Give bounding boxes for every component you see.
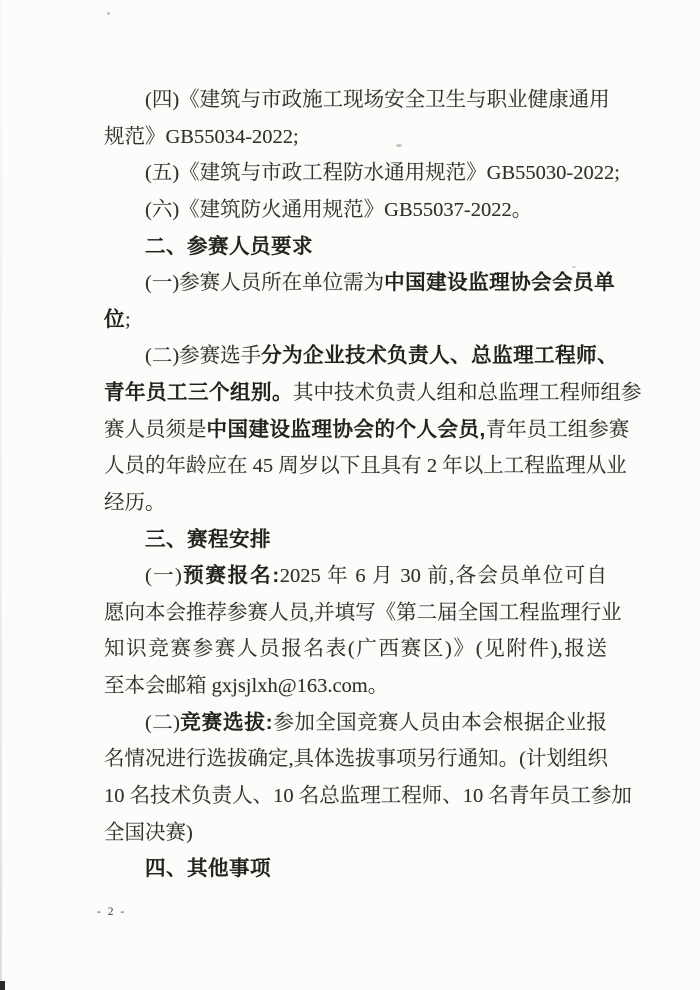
text-line: 知识竞赛参赛人员报名表(广西赛区)》(见附件),报送 [104,631,607,668]
text-segment: 人员的年龄应在 45 周岁以下且具有 2 年以上工程监理从业 [104,455,627,477]
text-segment: ; [125,309,131,331]
text-segment: 10 名技术负责人、10 名总监理工程师、10 名青年员工参加 [104,785,632,807]
text-line: 全国决赛) [104,815,607,852]
text-segment: (二)参赛选手 [145,345,261,367]
document-body: (四)《建筑与市政施工现场安全卫生与职业健康通用规范》GB55034-2022;… [104,82,607,888]
scan-speck [107,12,110,15]
text-segment: (一) [145,565,182,587]
bold-text-segment: 位 [104,308,125,331]
text-line: 位; [104,302,607,339]
scan-corner-artifact [0,981,5,990]
text-segment: 至本会邮箱 gxjsjlxh@163.com。 [104,675,388,697]
text-line: 赛人员须是中国建设监理协会的个人会员,青年员工组参赛 [104,412,607,449]
text-line: 至本会邮箱 gxjsjlxh@163.com。 [104,668,607,705]
bold-text-segment: 分为企业技术负责人、总监理工程师、 [261,344,618,367]
bold-text-segment: 二、参赛人员要求 [145,235,313,258]
text-line: 青年员工三个组别。其中技术负责人组和总监理工程师组参 [104,375,607,412]
bold-text-segment: 竞赛选拔: [180,711,273,734]
text-segment: (六)《建筑防火通用规范》GB55037-2022。 [145,199,532,221]
text-line: (四)《建筑与市政施工现场安全卫生与职业健康通用 [104,82,607,119]
text-line: (二)参赛选手分为企业技术负责人、总监理工程师、 [104,338,607,375]
text-segment: 名情况进行选拔确定,具体选拔事项另行通知。(计划组织 [104,748,608,770]
text-segment: 全国决赛) [104,822,193,844]
text-line: (二)竞赛选拔:参加全国竞赛人员由本会根据企业报 [104,705,607,742]
text-segment: (二) [145,712,180,734]
bold-text-segment: 三、赛程安排 [145,528,271,551]
page-number: - 2 - [97,906,126,918]
section-heading: 二、参赛人员要求 [104,229,607,266]
text-segment: 参加全国竞赛人员由本会根据企业报 [273,712,607,734]
text-segment: 经历。 [104,492,166,514]
text-line: 规范》GB55034-2022; [104,119,607,156]
section-heading: 四、其他事项 [104,851,607,888]
scan-edge-shadow [0,0,2,990]
text-line: 10 名技术负责人、10 名总监理工程师、10 名青年员工参加 [104,778,607,815]
text-segment: (一)参赛人员所在单位需为 [145,272,384,294]
text-segment: 青年员工组参赛 [486,419,630,441]
text-segment: (四)《建筑与市政施工现场安全卫生与职业健康通用 [145,89,610,111]
bold-text-segment: 四、其他事项 [145,857,271,880]
text-segment: 规范》GB55034-2022; [104,126,299,148]
text-segment: 2025 年 6 月 30 前,各会员单位可自 [280,565,607,587]
text-line: (五)《建筑与市政工程防水通用规范》GB55030-2022; [104,155,607,192]
text-line: 人员的年龄应在 45 周岁以下且具有 2 年以上工程监理从业 [104,448,607,485]
text-segment: 愿向本会推荐参赛人员,并填写《第二届全国工程监理行业 [104,602,622,624]
document-page: (四)《建筑与市政施工现场安全卫生与职业健康通用规范》GB55034-2022;… [0,0,700,990]
text-segment: 赛人员须是 [104,419,207,441]
text-line: (一)参赛人员所在单位需为中国建设监理协会会员单 [104,265,607,302]
text-line: (六)《建筑防火通用规范》GB55037-2022。 [104,192,607,229]
bold-text-segment: 青年员工三个组别。 [104,381,293,404]
text-segment: (五)《建筑与市政工程防水通用规范》GB55030-2022; [145,162,620,184]
text-line: 愿向本会推荐参赛人员,并填写《第二届全国工程监理行业 [104,595,607,632]
bold-text-segment: 中国建设监理协会的个人会员, [207,418,486,441]
section-heading: 三、赛程安排 [104,522,607,559]
text-segment: 知识竞赛参赛人员报名表(广西赛区)》(见附件),报送 [104,638,607,660]
text-segment: 其中技术负责人组和总监理工程师组参 [293,382,642,404]
text-line: (一)预赛报名:2025 年 6 月 30 前,各会员单位可自 [104,558,607,595]
text-line: 经历。 [104,485,607,522]
bold-text-segment: 中国建设监理协会会员单 [384,271,615,294]
bold-text-segment: 预赛报名: [182,564,280,587]
text-line: 名情况进行选拔确定,具体选拔事项另行通知。(计划组织 [104,741,607,778]
